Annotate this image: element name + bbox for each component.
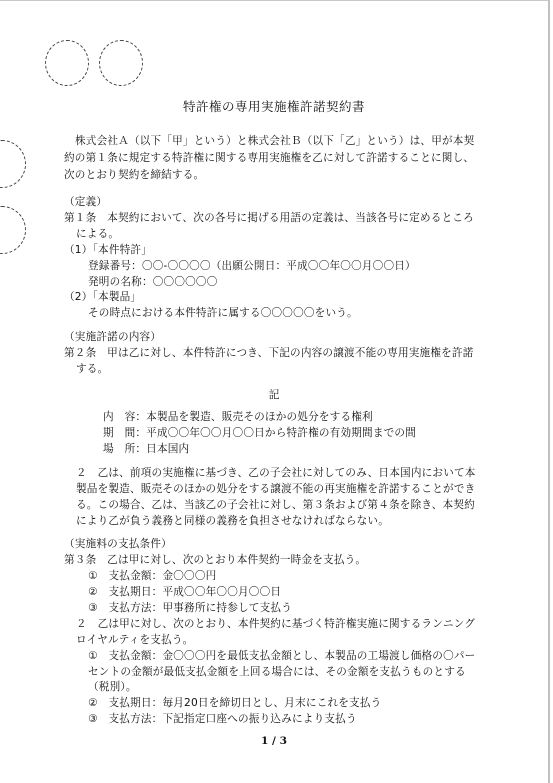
royalty-item: ② 支払期日：毎月20日を締切日とし、月末にこれを支払う <box>88 697 381 710</box>
punch-hole-marker-2 <box>0 206 26 254</box>
article2-para2: により乙が負う義務と同様の義務を負担させなければならない。 <box>76 515 389 528</box>
article1-item2-label: （2）「本製品」 <box>64 291 141 304</box>
document-title: 特許権の専用実施権許諾契約書 <box>0 97 548 115</box>
article3-para2: ロイヤルティを支払う。 <box>76 634 193 647</box>
payment-item: ① 支払金額：金〇〇〇円 <box>88 570 216 583</box>
article2-text: する。 <box>76 363 108 376</box>
article2-text: 第２条 甲は乙に対し、本件特許につき、下記の内容の譲渡不能の専用実施権を許諾 <box>64 347 474 360</box>
preamble-line: 株式会社Ａ（以下「甲」という）と株式会社Ｂ（以下「乙」という）は、甲が本契 <box>75 135 474 148</box>
article1-item1-text: 発明の名称：〇〇〇〇〇〇 <box>88 276 218 289</box>
royalty-item: ③ 支払方法：下記指定口座への振り込みにより支払う <box>88 713 357 726</box>
article3-para2: ２ 乙は甲に対し、次のとおり、本件契約に基づく特許権実施に関するランニング <box>76 618 475 631</box>
article2-para2: る。この場合、乙は、当該乙の子会社に対し、第３条および第４条を除き、本契約 <box>76 499 475 512</box>
preamble-line: 約の第１条に規定する特許権に関する専用実施権を乙に対して許諾することに関し、 <box>64 152 474 165</box>
license-term: 内 容：本製品を製造、販売そのほかの処分をする権利 <box>103 411 373 424</box>
article1-heading: （定義） <box>64 196 107 209</box>
article2-para2: ２ 乙は、前項の実施権に基づき、乙の子会社に対してのみ、日本国内において本 <box>76 467 476 480</box>
royalty-item: セントの金額が最低支払金額を上回る場合には、その金額を支払うものとする <box>88 666 466 679</box>
article1-text: による。 <box>76 228 119 241</box>
royalty-item: ① 支払金額：金〇〇〇円を最低支払金額とし、本製品の工場渡し価格の〇パー <box>88 650 475 663</box>
article2-para2: 製品を製造、販売そのほかの処分をする譲渡不能の再実施権を許諾することができ <box>76 483 475 496</box>
preamble-line: 次のとおり契約を締結する。 <box>64 169 204 182</box>
payment-item: ③ 支払方法：甲事務所に持参して支払う <box>88 602 292 615</box>
article1-text: 第１条 本契約において、次の各号に掲げる用語の定義は、当該各号に定めるところ <box>64 212 474 225</box>
ki-heading: 記 <box>0 387 548 402</box>
article3-heading: （実施料の支払条件） <box>64 538 172 551</box>
royalty-item: （税別）。 <box>88 681 137 694</box>
article1-item2-text: その時点における本件特許に属する〇〇〇〇〇をいう。 <box>88 307 358 320</box>
payment-item: ② 支払期日：平成〇〇年〇〇月〇〇日 <box>88 586 281 599</box>
article1-item1-text: 登録番号：〇〇-〇〇〇〇（出願公開日：平成〇〇年〇〇月〇〇日） <box>88 260 416 273</box>
license-term: 期 間：平成〇〇年〇〇月〇〇日から特許権の有効期間までの間 <box>103 427 416 440</box>
document-page: 特許権の専用実施権許諾契約書 株式会社Ａ（以下「甲」という）と株式会社Ｂ（以下「… <box>0 0 550 783</box>
seal-stamp-placeholder-2 <box>99 40 143 86</box>
article1-item1-label: （1）「本件特許」 <box>64 244 152 257</box>
license-term: 場 所：日本国内 <box>103 443 189 456</box>
punch-hole-marker-1 <box>0 140 26 188</box>
seal-stamp-placeholder-1 <box>45 40 89 86</box>
article2-heading: （実施許諾の内容） <box>64 331 161 344</box>
page-number: 1 / 3 <box>0 735 548 747</box>
article3-text: 第３条 乙は甲に対し、次のとおり本件契約一時金を支払う。 <box>64 554 366 567</box>
